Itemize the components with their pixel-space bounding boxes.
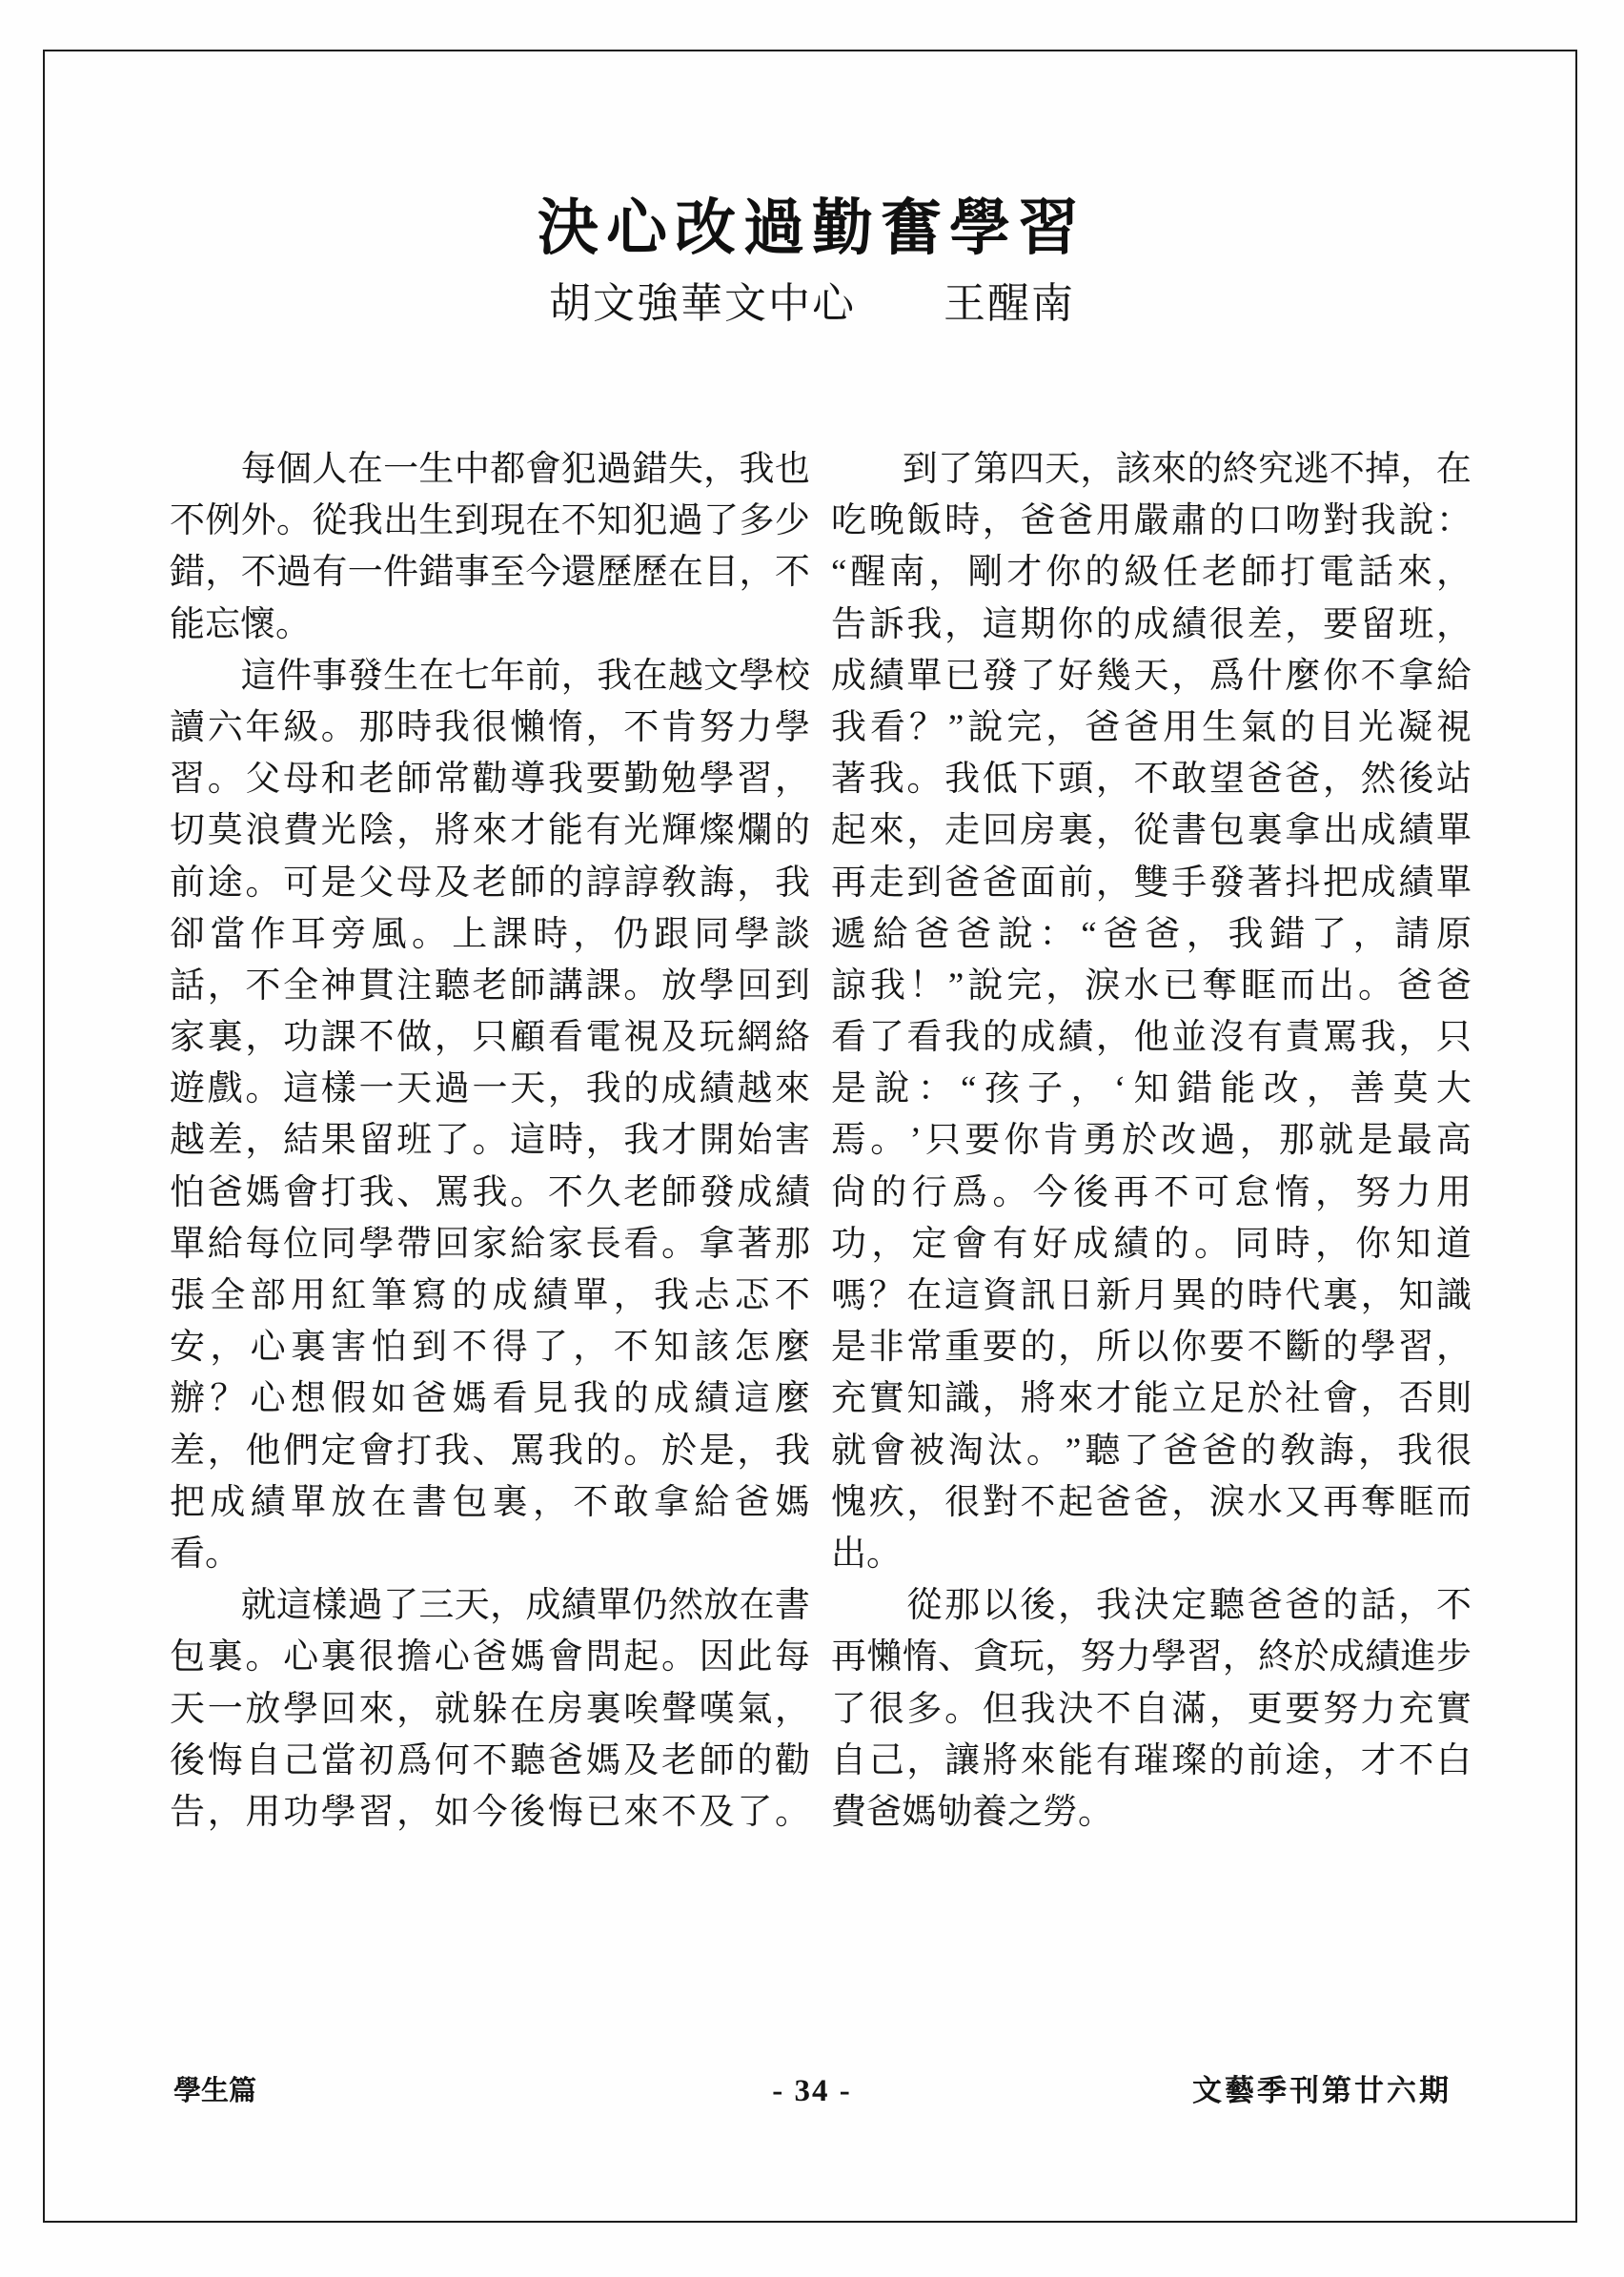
- text-line: 告訴我，這期你的成績很差，要留班，: [831, 600, 1472, 651]
- text-line: 到了第四天，該來的終究逃不掉，在: [831, 444, 1472, 496]
- text-line: 成績單已發了好幾天，爲什麼你不拿給: [831, 651, 1472, 702]
- text-line: 自己，讓將來能有璀璨的前途，才不白: [831, 1736, 1472, 1787]
- text-line: 看了看我的成績，他並沒有責罵我，只: [831, 1012, 1472, 1064]
- scanned-document-page: 決心改過勤奮學習 胡文強華文中心 王醒南 每個人在一生中都會犯過錯失，我也不例外…: [0, 0, 1624, 2277]
- text-line: 錯，不過有一件錯事至今還歷歷在目，不: [170, 547, 810, 599]
- text-line: 焉。’只要你肯勇於改過，那就是最高: [831, 1115, 1472, 1167]
- text-line: 看。: [170, 1529, 810, 1580]
- text-line: 單給每位同學帶回家給家長看。拿著那: [170, 1219, 810, 1271]
- text-line: 能忘懷。: [170, 600, 810, 651]
- text-line: 遞給爸爸說：“爸爸，我錯了，請原: [831, 909, 1472, 961]
- text-line: 功，定會有好成績的。同時，你知道: [831, 1219, 1472, 1271]
- text-line: 天一放學回來，就躲在房裏唉聲嘆氣，: [170, 1684, 810, 1736]
- text-line: 就會被淘汰。”聽了爸爸的敎誨，我很: [831, 1426, 1472, 1477]
- text-line: 是非常重要的，所以你要不斷的學習，: [831, 1322, 1472, 1373]
- text-line: 後悔自己當初爲何不聽爸媽及老師的勸: [170, 1736, 810, 1787]
- text-line: 把成績單放在書包裏，不敢拿給爸媽: [170, 1477, 810, 1529]
- text-line: 告，用功學習，如今後悔已來不及了。: [170, 1787, 810, 1839]
- text-line: 包裏。心裏很擔心爸媽會問起。因此每: [170, 1632, 810, 1683]
- text-line: 安，心裏害怕到不得了，不知該怎麼: [170, 1322, 810, 1373]
- text-line: 怕爸媽會打我、罵我。不久老師發成績: [170, 1168, 810, 1219]
- text-line: 嗎？在這資訊日新月異的時代裏，知識: [831, 1271, 1472, 1322]
- text-line: 家裏，功課不做，只顧看電視及玩網絡: [170, 1012, 810, 1064]
- text-line: 是說：“孩子，‘知錯能改，善莫大: [831, 1064, 1472, 1115]
- text-line: 就這樣過了三天，成績單仍然放在書: [170, 1580, 810, 1632]
- text-line: 著我。我低下頭，不敢望爸爸，然後站: [831, 754, 1472, 805]
- text-line: 再走到爸爸面前，雙手發著抖把成績單: [831, 858, 1472, 909]
- text-line: 從那以後，我決定聽爸爸的話，不: [831, 1580, 1472, 1632]
- text-column-right: 到了第四天，該來的終究逃不掉，在吃晚飯時，爸爸用嚴肅的口吻對我說：“醒南，剛才你…: [831, 444, 1472, 1839]
- text-line: 卻當作耳旁風。上課時，仍跟同學談: [170, 909, 810, 961]
- text-line: 不例外。從我出生到現在不知犯過了多少: [170, 496, 810, 547]
- text-line: 遊戲。這樣一天過一天，我的成績越來: [170, 1064, 810, 1115]
- text-line: 諒我！”說完，淚水已奪眶而出。爸爸: [831, 961, 1472, 1012]
- article-title: 決心改過勤奮學習: [0, 194, 1624, 263]
- footer-journal-title: 文藝季刊第廿六期: [1192, 2074, 1451, 2108]
- text-line: 再懶惰、貪玩，努力學習，終於成績進步: [831, 1632, 1472, 1683]
- text-line: 起來，走回房裏，從書包裏拿出成績單: [831, 805, 1472, 857]
- text-line: 前途。可是父母及老師的諄諄敎誨，我: [170, 858, 810, 909]
- text-line: 充實知識，將來才能立足於社會，否則: [831, 1373, 1472, 1425]
- text-line: 愧疚，很對不起爸爸，淚水又再奪眶而: [831, 1477, 1472, 1529]
- text-line: 出。: [831, 1529, 1472, 1580]
- text-line: “醒南，剛才你的級任老師打電話來，: [831, 547, 1472, 599]
- text-line: 這件事發生在七年前，我在越文學校: [170, 651, 810, 702]
- text-line: 每個人在一生中都會犯過錯失，我也: [170, 444, 810, 496]
- text-line: 切莫浪費光陰，將來才能有光輝燦爛的: [170, 805, 810, 857]
- text-column-left: 每個人在一生中都會犯過錯失，我也不例外。從我出生到現在不知犯過了多少錯，不過有一…: [170, 444, 810, 1839]
- text-line: 了很多。但我決不自滿，更要努力充實: [831, 1684, 1472, 1736]
- text-line: 話，不全神貫注聽老師講課。放學回到: [170, 961, 810, 1012]
- text-line: 越差，結果留班了。這時，我才開始害: [170, 1115, 810, 1167]
- text-line: 張全部用紅筆寫的成績單，我忐忑不: [170, 1271, 810, 1322]
- text-line: 尙的行爲。今後再不可怠惰，努力用: [831, 1168, 1472, 1219]
- text-line: 我看？”說完，爸爸用生氣的目光凝視: [831, 702, 1472, 754]
- text-line: 習。父母和老師常勸導我要勤勉學習，: [170, 754, 810, 805]
- article-byline: 胡文強華文中心 王醒南: [0, 280, 1624, 328]
- text-line: 吃晚飯時，爸爸用嚴肅的口吻對我說：: [831, 496, 1472, 547]
- text-line: 費爸媽劬養之勞。: [831, 1787, 1472, 1839]
- text-line: 差，他們定會打我、罵我的。於是，我: [170, 1426, 810, 1477]
- text-line: 辦？心想假如爸媽看見我的成績這麼: [170, 1373, 810, 1425]
- text-line: 讀六年級。那時我很懶惰，不肯努力學: [170, 702, 810, 754]
